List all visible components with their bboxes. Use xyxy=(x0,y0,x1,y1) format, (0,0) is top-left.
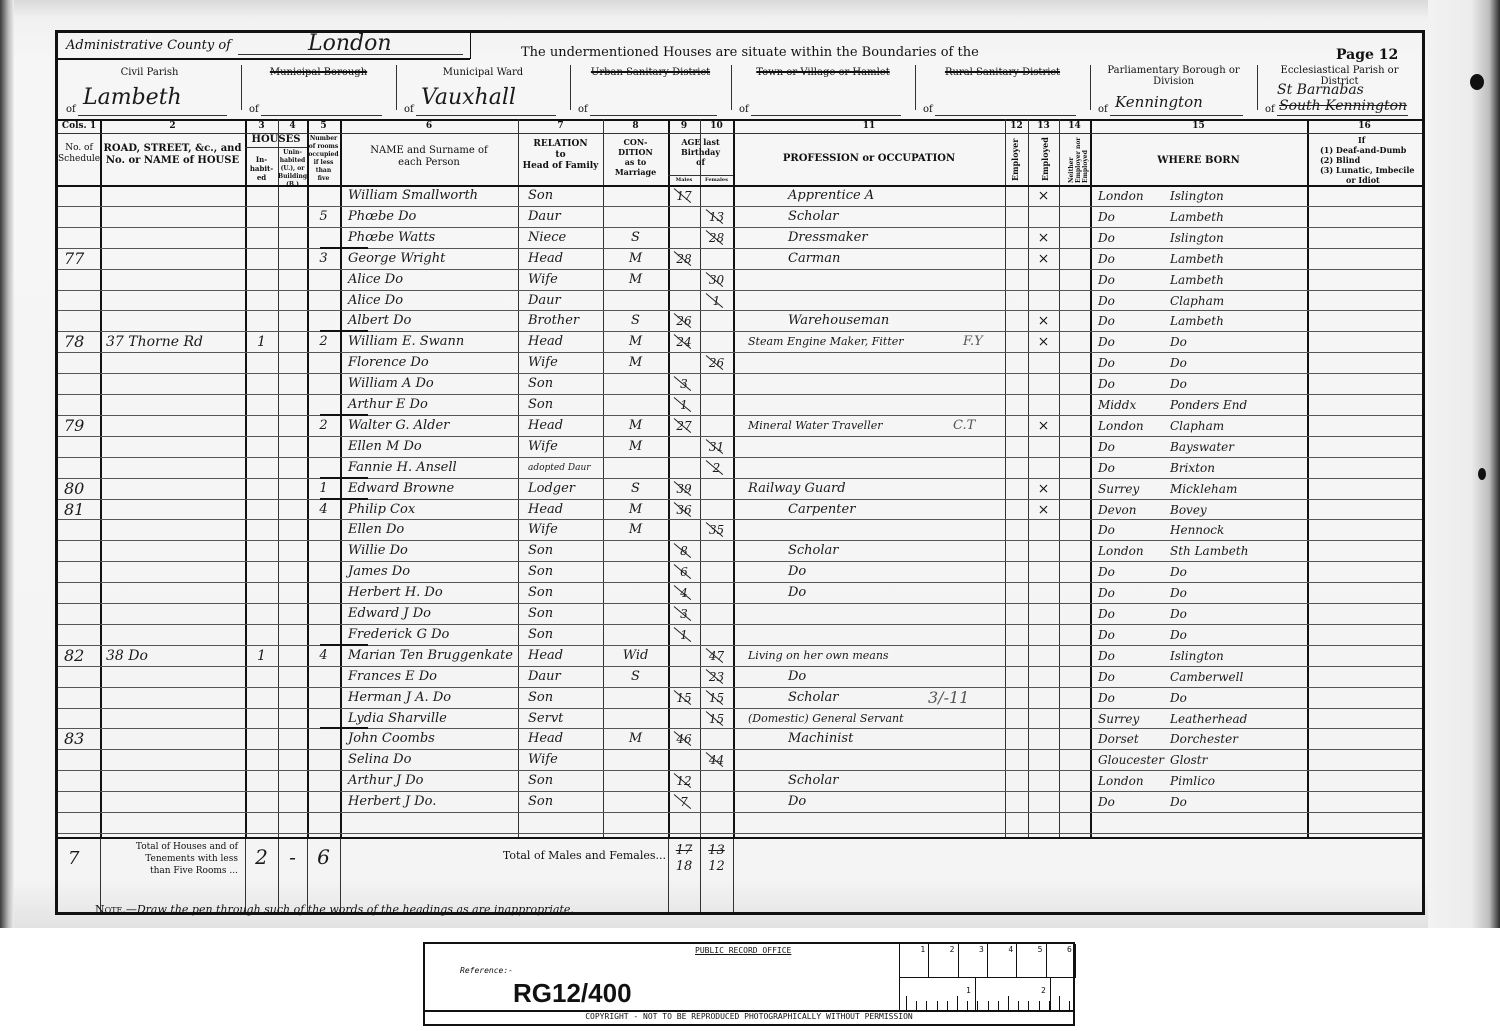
schedule-number: 81 xyxy=(64,500,84,520)
schedule-number: 78 xyxy=(64,332,84,352)
table-row: Frances E DoDaurS23DoDoCamberwell xyxy=(58,666,1422,687)
household-separator xyxy=(320,247,368,249)
birthplace-county: London xyxy=(1098,771,1144,791)
birthplace-county: London xyxy=(1098,186,1144,206)
total-females-corrected: 12 xyxy=(700,857,733,877)
relation-to-head: Head xyxy=(528,416,563,436)
relation-to-head: Son xyxy=(528,583,553,603)
table-row: Edward J DoSon3DoDo xyxy=(58,603,1422,624)
employed-mark xyxy=(1028,374,1059,394)
age-male xyxy=(668,458,700,478)
marital-condition: S xyxy=(603,311,668,331)
table-row: Fannie H. Anselladopted Daur2DoBrixton xyxy=(58,457,1422,478)
birthplace-town: Do xyxy=(1170,562,1187,582)
age-female xyxy=(700,771,733,791)
employed-mark xyxy=(1028,771,1059,791)
relation-to-head: Daur xyxy=(528,291,561,311)
footnote: Note.—Draw the pen through such of the w… xyxy=(95,903,574,916)
age-female xyxy=(700,583,733,603)
marital-condition xyxy=(603,625,668,645)
employed-mark xyxy=(1028,750,1059,770)
scale-label: 2 xyxy=(1041,986,1046,995)
employed-mark xyxy=(1028,688,1059,708)
birthplace-town: Islington xyxy=(1170,186,1224,206)
occupation: Machinist xyxy=(788,729,853,749)
total-males-corrected: 18 xyxy=(668,857,700,877)
heading-condition: CON- xyxy=(603,137,668,147)
marital-condition: M xyxy=(603,270,668,290)
relation-to-head: Head xyxy=(528,646,563,666)
scale-minor-tick xyxy=(937,1001,938,1010)
header-separator xyxy=(1257,65,1258,110)
employed-mark xyxy=(1028,729,1059,749)
birthplace-county: Do xyxy=(1098,520,1115,540)
person-name: Frances E Do xyxy=(348,667,437,687)
heading-houses: HOUSES xyxy=(245,134,307,145)
person-name: Alice Do xyxy=(348,270,403,290)
occupation: Scholar xyxy=(788,541,839,561)
birthplace-town: Lambeth xyxy=(1170,311,1224,331)
rooms-occupied xyxy=(307,186,340,206)
birthplace-county: London xyxy=(1098,416,1144,436)
marital-condition xyxy=(603,771,668,791)
heading-age: AGE last xyxy=(668,137,733,147)
person-name: Arthur E Do xyxy=(348,395,428,415)
heading-rooms: than xyxy=(307,167,340,175)
schedule-number: 80 xyxy=(64,479,84,499)
household-separator xyxy=(320,414,368,416)
column-number: 6 xyxy=(340,121,518,131)
table-row: Selina DoWife44GloucesterGlostr xyxy=(58,749,1422,770)
relation-to-head: Son xyxy=(528,688,553,708)
person-name: Herman J A. Do xyxy=(348,688,451,708)
birthplace-town: Hennock xyxy=(1170,520,1224,540)
header-separator xyxy=(915,65,916,110)
header-field-value-line1: St Barnabas xyxy=(1277,82,1364,98)
birthplace-town: Lambeth xyxy=(1170,249,1224,269)
heading-relation: Head of Family xyxy=(518,161,603,172)
age-male xyxy=(668,437,700,457)
relation-to-head: Son xyxy=(528,625,553,645)
scale-cm-mark xyxy=(1050,978,1051,1010)
table-row: 773George WrightHeadM28Carman×DoLambeth xyxy=(58,248,1422,269)
birthplace-town: Mickleham xyxy=(1170,479,1237,499)
birthplace-county: Middx xyxy=(1098,395,1136,415)
age-male xyxy=(668,228,700,248)
table-row: 5Phœbe DoDaur13ScholarDoLambeth xyxy=(58,206,1422,227)
header-field-value: Kennington xyxy=(1115,93,1203,111)
of-label: of xyxy=(66,104,76,115)
of-label: of xyxy=(1265,104,1275,115)
houses-inhabited xyxy=(245,625,278,645)
header-field-label: Municipal Borough xyxy=(241,67,396,78)
heading-uninhabited: (U.), or xyxy=(278,165,307,173)
relation-to-head: Wife xyxy=(528,750,558,770)
age-male xyxy=(668,813,700,833)
heading-uninhabited: Building xyxy=(278,173,307,181)
person-name: Lydia Sharville xyxy=(348,709,447,729)
scale-tick xyxy=(1016,944,1017,977)
rooms-occupied xyxy=(307,541,340,561)
person-name: William A Do xyxy=(348,374,434,394)
header-field-rural-sanitary-district: Rural Sanitary Districtof xyxy=(915,58,1090,119)
underline xyxy=(590,115,717,116)
header-separator xyxy=(570,65,571,110)
rooms-occupied xyxy=(307,604,340,624)
employed-mark: × xyxy=(1028,228,1059,248)
birthplace-county: Do xyxy=(1098,270,1115,290)
heading-condition: as to xyxy=(603,157,668,167)
birthplace-county: Devon xyxy=(1098,500,1136,520)
birthplace-county: Do xyxy=(1098,291,1115,311)
header-field-ecclesiastical-parish-or-district: Ecclesiastical Parish or DistrictofSt Ba… xyxy=(1257,58,1422,119)
birthplace-town: Do xyxy=(1170,604,1187,624)
marital-condition: M xyxy=(603,249,668,269)
schedule-number: 83 xyxy=(64,729,84,749)
houses-inhabited xyxy=(245,479,278,499)
copyright-notice: COPYRIGHT - NOT TO BE REPRODUCED PHOTOGR… xyxy=(423,1010,1075,1026)
table-row: 792Walter G. AlderHeadM27Mineral Water T… xyxy=(58,415,1422,436)
heading-occupation: PROFESSION or OCCUPATION xyxy=(733,153,1005,164)
scale-minor-tick xyxy=(906,996,907,1010)
person-name: Edward Browne xyxy=(348,479,454,499)
header-separator xyxy=(396,65,397,110)
relation-to-head: Son xyxy=(528,792,553,812)
employed-mark xyxy=(1028,562,1059,582)
marital-condition xyxy=(603,207,668,227)
age-male xyxy=(668,750,700,770)
heading-infirmity: (2) Blind xyxy=(1320,155,1360,165)
employed-mark: × xyxy=(1028,416,1059,436)
person-name: Philip Cox xyxy=(348,500,415,520)
reference-label: Reference:- xyxy=(460,966,513,975)
employed-mark xyxy=(1028,625,1059,645)
household-separator xyxy=(320,498,368,500)
heading-uninhabited: habited xyxy=(278,157,307,165)
marital-condition xyxy=(603,541,668,561)
heading-infirmity: If xyxy=(1358,135,1365,145)
table-row xyxy=(58,812,1422,833)
punch-hole xyxy=(1470,74,1484,90)
scale-label: 4 xyxy=(1008,945,1013,954)
occupation: Do xyxy=(788,583,806,603)
scale-minor-tick xyxy=(988,1001,989,1010)
relation-to-head: Son xyxy=(528,374,553,394)
age-female xyxy=(700,374,733,394)
rooms-occupied xyxy=(307,353,340,373)
age-male xyxy=(668,520,700,540)
household-separator xyxy=(320,644,368,646)
column-number: 14 xyxy=(1059,121,1090,131)
age-female xyxy=(700,562,733,582)
employed-mark: × xyxy=(1028,186,1059,206)
scale-tick xyxy=(987,944,988,977)
birthplace-county: Do xyxy=(1098,207,1115,227)
birthplace-town: Do xyxy=(1170,374,1187,394)
age-female xyxy=(700,416,733,436)
birthplace-town: Do xyxy=(1170,625,1187,645)
houses-inhabited xyxy=(245,604,278,624)
admin-county-value: London xyxy=(308,31,392,56)
rooms-occupied xyxy=(307,750,340,770)
totals-houses-label: Tenements with less xyxy=(106,854,238,865)
column-number: 15 xyxy=(1090,121,1307,131)
table-row: 8238 Do14Marian Ten BruggenkateHeadWid47… xyxy=(58,645,1422,666)
marital-condition: M xyxy=(603,353,668,373)
houses-inhabited xyxy=(245,228,278,248)
table-row: Herbert J Do.Son7DoDoDo xyxy=(58,791,1422,812)
marital-condition xyxy=(603,583,668,603)
houses-inhabited xyxy=(245,520,278,540)
employed-mark xyxy=(1028,291,1059,311)
totals-divider xyxy=(733,837,734,912)
birthplace-county: Dorset xyxy=(1098,729,1139,749)
header-field-label: Rural Sanitary District xyxy=(915,67,1090,78)
birthplace-town: Ponders End xyxy=(1170,395,1247,415)
scale-minor-tick xyxy=(947,1001,948,1010)
birthplace-town: Leatherhead xyxy=(1170,709,1247,729)
column-number: 9 xyxy=(668,121,700,131)
employed-mark xyxy=(1028,437,1059,457)
table-row: Albert DoBrotherS26Warehouseman×DoLambet… xyxy=(58,310,1422,331)
houses-inhabited xyxy=(245,353,278,373)
heading-infirmity: (3) Lunatic, Imbecile xyxy=(1320,165,1414,175)
person-name: John Coombs xyxy=(348,729,435,749)
heading-infirmity: or Idiot xyxy=(1346,175,1380,185)
relation-to-head: adopted Daur xyxy=(528,458,591,478)
heading-age: Birthday xyxy=(668,147,733,157)
birthplace-county: Do xyxy=(1098,311,1115,331)
birthplace-town: Do xyxy=(1170,332,1187,352)
birthplace-county: Do xyxy=(1098,374,1115,394)
table-row: 83John CoombsHeadM46MachinistDorsetDorch… xyxy=(58,728,1422,749)
scale-minor-tick xyxy=(1018,1001,1019,1010)
header-field-urban-sanitary-district: Urban Sanitary Districtof xyxy=(570,58,731,119)
household-separator xyxy=(320,727,368,729)
heading-inhabited: ed xyxy=(245,173,278,182)
employed-mark: × xyxy=(1028,500,1059,520)
houses-inhabited: 1 xyxy=(245,332,278,352)
scale-minor-tick xyxy=(998,1001,999,1010)
rooms-occupied: 2 xyxy=(307,416,340,436)
schedule-number: 79 xyxy=(64,416,84,436)
houses-inhabited xyxy=(245,667,278,687)
table-row: Herman J A. DoSon1515ScholarDoDo xyxy=(58,687,1422,708)
houses-inhabited xyxy=(245,771,278,791)
birthplace-county: Do xyxy=(1098,792,1115,812)
age-male xyxy=(668,667,700,687)
employed-mark xyxy=(1028,520,1059,540)
birthplace-county: Do xyxy=(1098,228,1115,248)
underline xyxy=(935,115,1076,116)
totals-divider xyxy=(100,837,101,912)
employed-mark xyxy=(1028,604,1059,624)
person-name: Arthur J Do xyxy=(348,771,424,791)
birthplace-county: Do xyxy=(1098,604,1115,624)
underline xyxy=(416,115,556,116)
relation-to-head: Head xyxy=(528,500,563,520)
total-uninhabited: - xyxy=(278,847,307,867)
header-field-municipal-ward: Municipal WardofVauxhall xyxy=(396,58,570,119)
table-row: Arthur E DoSon1MiddxPonders End xyxy=(58,394,1422,415)
totals-persons-label: Total of Males and Females... xyxy=(438,849,666,862)
scale-minor-tick xyxy=(1039,1001,1040,1010)
heading-age: of xyxy=(668,157,733,167)
header-field-label: Urban Sanitary District xyxy=(570,67,731,78)
employed-mark xyxy=(1028,395,1059,415)
column-number: 2 xyxy=(100,121,245,131)
birthplace-county: Gloucester xyxy=(1098,750,1164,770)
houses-inhabited xyxy=(245,709,278,729)
age-male xyxy=(668,270,700,290)
age-female xyxy=(700,395,733,415)
employed-mark xyxy=(1028,813,1059,833)
scale-label: 3 xyxy=(979,945,984,954)
road-street-address: 37 Thorne Rd xyxy=(106,332,203,352)
birthplace-town: Do xyxy=(1170,353,1187,373)
heading-infirmity: (1) Deaf-and-Dumb xyxy=(1320,145,1406,155)
heading-where-born: WHERE BORN xyxy=(1090,155,1307,166)
marital-condition: M xyxy=(603,416,668,436)
occupation: Do xyxy=(788,562,806,582)
relation-to-head: Niece xyxy=(528,228,566,248)
houses-inhabited xyxy=(245,792,278,812)
marital-condition: M xyxy=(603,500,668,520)
office-label: PUBLIC RECORD OFFICE xyxy=(695,946,791,955)
employed-mark xyxy=(1028,646,1059,666)
table-row: Willie DoSon8ScholarLondonSth Lambeth xyxy=(58,540,1422,561)
reference-number: RG12/400 xyxy=(513,978,632,1009)
heading-road-street: No. or NAME of HOUSE xyxy=(100,155,245,167)
relation-to-head: Head xyxy=(528,249,563,269)
table-row: William SmallworthSon17Apprentice A×Lond… xyxy=(58,185,1422,206)
heading-females: Females xyxy=(700,176,733,184)
scale-label: 6 xyxy=(1067,945,1072,954)
relation-to-head: Son xyxy=(528,562,553,582)
marital-condition: S xyxy=(603,228,668,248)
birthplace-county: Do xyxy=(1098,562,1115,582)
rooms-occupied xyxy=(307,583,340,603)
relation-to-head: Head xyxy=(528,729,563,749)
census-form: Administrative County of London The unde… xyxy=(55,30,1425,915)
rooms-occupied xyxy=(307,667,340,687)
age-female xyxy=(700,500,733,520)
birthplace-town: Lambeth xyxy=(1170,270,1224,290)
table-row: Lydia SharvilleServt15(Domestic) General… xyxy=(58,708,1422,729)
birthplace-county: Do xyxy=(1098,646,1115,666)
table-row: William A DoSon3DoDo xyxy=(58,373,1422,394)
header-field-value: Vauxhall xyxy=(421,85,516,110)
reference-box: PUBLIC RECORD OFFICE Reference:- RG12/40… xyxy=(423,942,1075,1012)
rooms-occupied: 2 xyxy=(307,332,340,352)
birthplace-county: Surrey xyxy=(1098,709,1139,729)
column-number: 12 xyxy=(1005,121,1028,131)
relation-to-head: Wife xyxy=(528,270,558,290)
footnote-text: Draw the pen through such of the words o… xyxy=(137,903,574,916)
admin-county-label: Administrative County of xyxy=(66,38,231,53)
rooms-occupied xyxy=(307,771,340,791)
houses-inhabited xyxy=(245,207,278,227)
birthplace-county: London xyxy=(1098,541,1144,561)
scale-minor-tick xyxy=(1008,996,1009,1010)
age-male xyxy=(668,291,700,311)
underline xyxy=(1277,115,1408,116)
employed-mark xyxy=(1028,667,1059,687)
birthplace-town: Glostr xyxy=(1170,750,1207,770)
person-name: William Smallworth xyxy=(348,186,478,206)
occupation-code-annotation: C.T xyxy=(953,416,975,436)
table-row: Arthur J DoSon12ScholarLondonPimlico xyxy=(58,770,1422,791)
header-field-label: Parliamentary Borough or Division xyxy=(1100,65,1247,87)
marital-condition xyxy=(603,813,668,833)
totals-houses-label: than Five Rooms ... xyxy=(106,866,238,877)
birthplace-town: Camberwell xyxy=(1170,667,1243,687)
marital-condition xyxy=(603,688,668,708)
rooms-occupied xyxy=(307,458,340,478)
table-row: Frederick G DoSon1DoDo xyxy=(58,624,1422,645)
scale-minor-tick xyxy=(967,1001,968,1010)
person-name: William E. Swann xyxy=(348,332,464,352)
age-female xyxy=(700,332,733,352)
houses-inhabited xyxy=(245,291,278,311)
marital-condition: M xyxy=(603,729,668,749)
marital-condition xyxy=(603,458,668,478)
occupation: Do xyxy=(788,667,806,687)
relation-to-head: Son xyxy=(528,604,553,624)
scale-label: 1 xyxy=(966,986,971,995)
column-number: 10 xyxy=(700,121,733,131)
houses-inhabited xyxy=(245,374,278,394)
column-number: Cols. 1 xyxy=(58,121,100,131)
of-label: of xyxy=(249,104,259,115)
rooms-occupied xyxy=(307,813,340,833)
person-name: Alice Do xyxy=(348,291,403,311)
person-name: Frederick G Do xyxy=(348,625,449,645)
birthplace-county: Do xyxy=(1098,332,1115,352)
heading-rooms: of rooms xyxy=(307,143,340,151)
houses-inhabited xyxy=(245,583,278,603)
birthplace-town: Do xyxy=(1170,583,1187,603)
occupation: Scholar xyxy=(788,771,839,791)
employed-mark: × xyxy=(1028,249,1059,269)
underline xyxy=(261,115,382,116)
schedule-number: 77 xyxy=(64,249,84,269)
table-row: Phœbe WattsNieceS28Dressmaker×DoIslingto… xyxy=(58,227,1422,248)
heading-rooms: Number xyxy=(307,135,340,143)
column-number: 4 xyxy=(278,121,307,131)
person-name: Edward J Do xyxy=(348,604,431,624)
rooms-occupied xyxy=(307,228,340,248)
employed-mark: × xyxy=(1028,479,1059,499)
birthplace-county: Do xyxy=(1098,688,1115,708)
page-edge-left xyxy=(0,0,14,928)
of-label: of xyxy=(923,104,933,115)
person-name: Marian Ten Bruggenkate xyxy=(348,646,513,666)
relation-to-head: Head xyxy=(528,332,563,352)
employed-mark: × xyxy=(1028,332,1059,352)
person-name: Phœbe Do xyxy=(348,207,416,227)
of-label: of xyxy=(1098,104,1108,115)
birthplace-county: Do xyxy=(1098,458,1115,478)
header-rule xyxy=(58,58,470,60)
column-number: 5 xyxy=(307,121,340,131)
rooms-occupied: 4 xyxy=(307,500,340,520)
birthplace-town: Lambeth xyxy=(1170,207,1224,227)
heading-relation: to xyxy=(518,150,603,161)
marital-condition: M xyxy=(603,520,668,540)
person-name: Ellen M Do xyxy=(348,437,422,457)
scale-minor-tick xyxy=(1069,1001,1070,1010)
